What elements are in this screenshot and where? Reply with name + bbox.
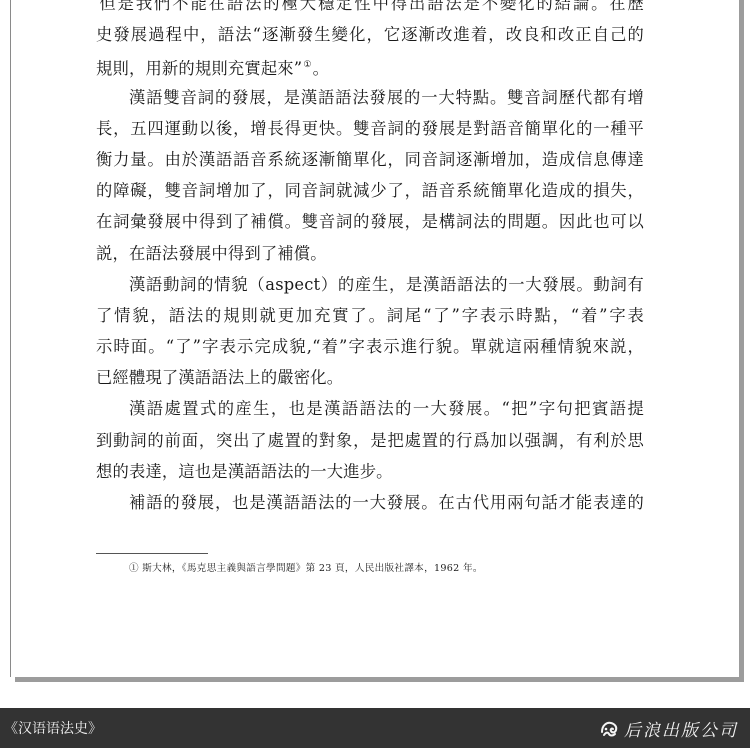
text-line: 漢語雙音詞的發展，是漢語語法發展的一大特點。雙音詞歷代都有增 (96, 82, 644, 113)
text-line: 已經體現了漢語語法上的嚴密化。 (96, 362, 644, 393)
text-line: 説，在語法發展中得到了補償。 (96, 238, 644, 269)
text-line: 了情貌，語法的規則就更加充實了。詞尾“了”字表示時點，“着”字表 (96, 300, 644, 331)
text-line: 補語的發展，也是漢語語法的一大發展。在古代用兩句話才能表達的 (96, 487, 644, 518)
footnote: ① 斯大林，《馬克思主義與語言學問題》第 23 頁，人民出版社譯本，1962 年… (129, 560, 483, 574)
book-title: 《汉语语法史》 (4, 718, 102, 738)
paragraph-2: 漢語雙音詞的發展，是漢語語法發展的一大特點。雙音詞歷代都有增 長，五四運動以後，… (96, 82, 644, 269)
text-line: 在詞彙發展中得到了補償。雙音詞的發展，是構詞法的問題。因此也可以 (96, 206, 644, 237)
footer-bar: 《汉语语法史》 后浪出版公司 (0, 708, 750, 748)
wave-logo-icon (600, 720, 620, 738)
text-line: 規則，用新的規則充實起來”①。 (96, 50, 644, 81)
text-line: 到動詞的前面，突出了處置的對象，是把處置的行爲加以强調，有利於思 (96, 425, 644, 456)
text-fragment: 規則，用新的規則充實起來” (96, 59, 302, 78)
text-line: 衡力量。由於漢語語音系統逐漸簡單化，同音詞逐漸增加，造成信息傳達 (96, 144, 644, 175)
text-line: 長，五四運動以後，增長得更快。雙音詞的發展是對語音簡單化的一種平 (96, 113, 644, 144)
body-text: 但是我們不能在語法的極大穩定性中得出語法是不變化的結論。在歷 史發展過程中，語法… (96, 0, 644, 518)
text-line: 漢語處置式的産生，也是漢語語法的一大發展。“把”字句把賓語提 (96, 393, 644, 424)
text-line: 想的表達，這也是漢語語法的一大進步。 (96, 456, 644, 487)
publisher-brand: 后浪出版公司 (600, 716, 738, 741)
text-line: 史發展過程中，語法“逐漸發生變化，它逐漸改進着，改良和改正自己的 (96, 19, 644, 50)
paragraph-5: 補語的發展，也是漢語語法的一大發展。在古代用兩句話才能表達的 (96, 487, 644, 518)
text-fragment: 。 (313, 59, 329, 78)
document-page: 但是我們不能在語法的極大穩定性中得出語法是不變化的結論。在歷 史發展過程中，語法… (10, 0, 739, 677)
paragraph-1: 但是我們不能在語法的極大穩定性中得出語法是不變化的結論。在歷 史發展過程中，語法… (96, 0, 644, 82)
paragraph-4: 漢語處置式的産生，也是漢語語法的一大發展。“把”字句把賓語提 到動詞的前面，突出… (96, 393, 644, 487)
footnote-marker[interactable]: ① (303, 60, 311, 70)
footnote-divider (96, 553, 208, 554)
text-line: 示時面。“了”字表示完成貌,“着”字表示進行貌。單就這兩種情貌來説， (96, 331, 644, 362)
text-line: 漢語動詞的情貌（aspect）的産生，是漢語語法的一大發展。動詞有 (96, 269, 644, 300)
publisher-name: 后浪出版公司 (624, 716, 738, 741)
paragraph-3: 漢語動詞的情貌（aspect）的産生，是漢語語法的一大發展。動詞有 了情貌，語法… (96, 269, 644, 394)
text-line: 的障礙，雙音詞增加了，同音詞就減少了，語音系統簡單化造成的損失， (96, 175, 644, 206)
text-line: 但是我們不能在語法的極大穩定性中得出語法是不變化的結論。在歷 (63, 0, 644, 19)
